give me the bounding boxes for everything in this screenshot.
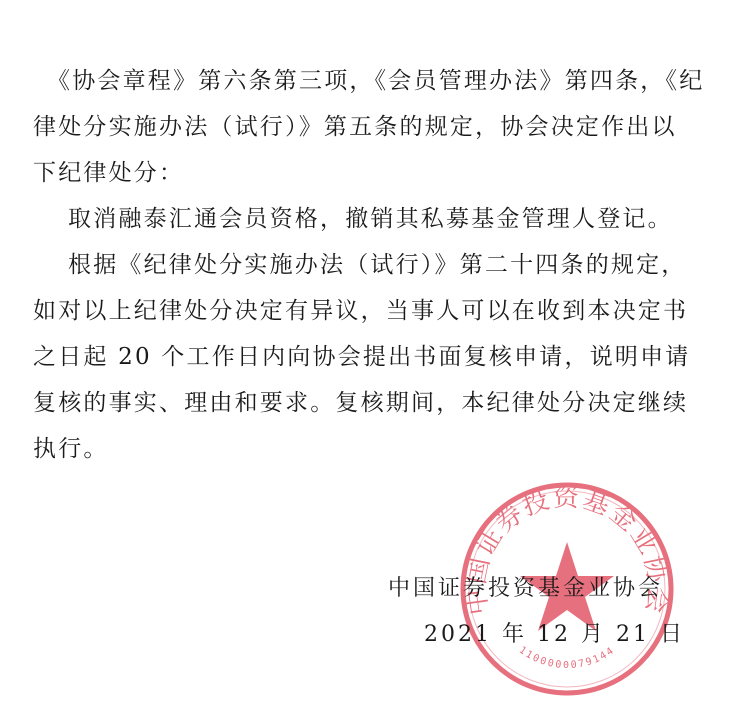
- paragraph-3-line-1: 根据《纪律处分实施办法（试行）》第二十四条的规定，: [68, 250, 687, 280]
- paragraph-3-line-3: 之日起 20 个工作日内向协会提出书面复核申请，说明申请: [33, 342, 691, 372]
- paragraph-2-line-1: 取消融泰汇通会员资格，撤销其私募基金管理人登记。: [68, 204, 673, 234]
- paragraph-3-line-2: 如对以上纪律处分决定有异议，当事人可以在收到本决定书: [33, 296, 688, 326]
- paragraph-3-line-4: 复核的事实、理由和要求。复核期间，本纪律处分决定继续: [33, 388, 688, 418]
- paragraph-1-line-2: 律处分实施办法（试行）》第五条的规定，协会决定作出以: [33, 112, 677, 142]
- document-page: 《协会章程》第六条第三项，《会员管理办法》第四条，《纪 律处分实施办法（试行）》…: [0, 0, 732, 706]
- signature-organization: 中国证券投资基金业协会: [388, 574, 663, 604]
- paragraph-1-line-1: 《协会章程》第六条第三项，《会员管理办法》第四条，《纪: [47, 66, 704, 96]
- paragraph-1-line-3: 下纪律处分：: [33, 158, 184, 188]
- paragraph-3-line-5: 执行。: [33, 434, 109, 464]
- signature-date: 2021 年 12 月 21 日: [424, 620, 685, 650]
